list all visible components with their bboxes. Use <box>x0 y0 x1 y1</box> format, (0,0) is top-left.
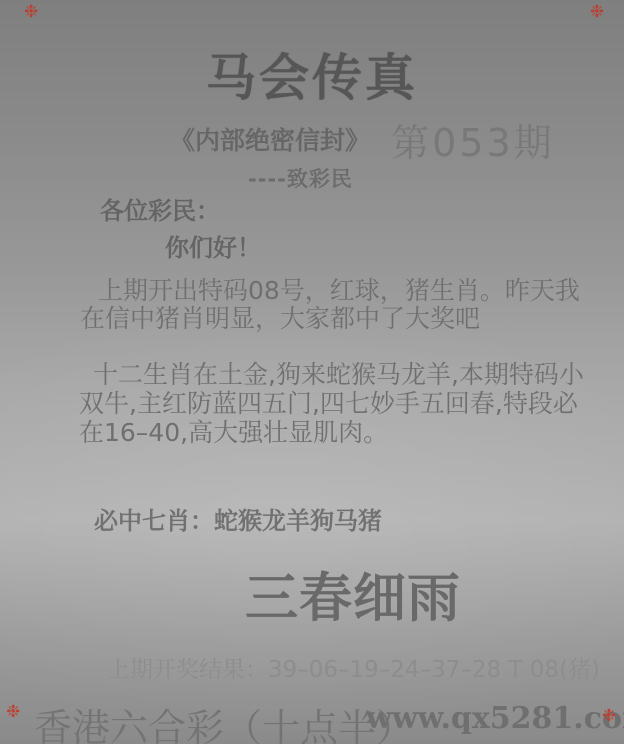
paragraph-2-line-1: 十二生肖在土金,狗来蛇猴马龙羊,本期特码小 <box>79 360 584 389</box>
greeting-line: 你们好！ <box>165 228 261 263</box>
paragraph-2-line-2: 双牛,主红防蓝四五门,四七妙手五回春,特段必 <box>79 389 584 418</box>
dedication-line: ----致彩民 <box>248 163 353 193</box>
salutation: 各位彩民： <box>100 191 220 226</box>
fax-sheet: ❉ ❉ ❉ ❉ 马会传真 《内部绝密信封》 第053期 ----致彩民 各位彩民… <box>0 0 624 744</box>
paragraph-1: 上期开出特码08号，红球，猪生肖。昨天我 在信中猪肖明显，大家都中了大奖吧 <box>80 277 580 333</box>
last-result-line: 上期开奖结果：39–06–19–24–37–28 T 08(猪) <box>107 651 600 684</box>
issue-number: 第053期 <box>391 112 555 167</box>
site-watermark: www.qx5281.com <box>366 701 624 736</box>
corner-mark-bottom-right: ❉ <box>602 706 616 726</box>
corner-mark-bottom-left: ❉ <box>6 702 20 722</box>
envelope-label: 《内部绝密信封》 <box>170 112 370 157</box>
prediction-line: 必中七肖：蛇猴龙羊狗马猪 <box>94 501 382 536</box>
corner-mark-top-right: ❉ <box>590 2 604 22</box>
paragraph-1-line-1: 上期开出特码08号，红球，猪生肖。昨天我 <box>80 277 580 305</box>
phrase-banner: 三春细雨 <box>245 556 461 632</box>
corner-mark-top-left: ❉ <box>24 2 38 22</box>
page-title: 马会传真 <box>0 38 624 110</box>
paragraph-2-line-3: 在16–40,高大强壮显肌肉。 <box>79 418 584 447</box>
paragraph-1-line-2: 在信中猪肖明显，大家都中了大奖吧 <box>80 305 580 333</box>
lottery-name: 香港六合彩（十点半） <box>34 697 414 744</box>
issue-row: 《内部绝密信封》 第053期 <box>170 112 555 167</box>
paragraph-2: 十二生肖在土金,狗来蛇猴马龙羊,本期特码小 双牛,主红防蓝四五门,四七妙手五回春… <box>79 360 584 447</box>
